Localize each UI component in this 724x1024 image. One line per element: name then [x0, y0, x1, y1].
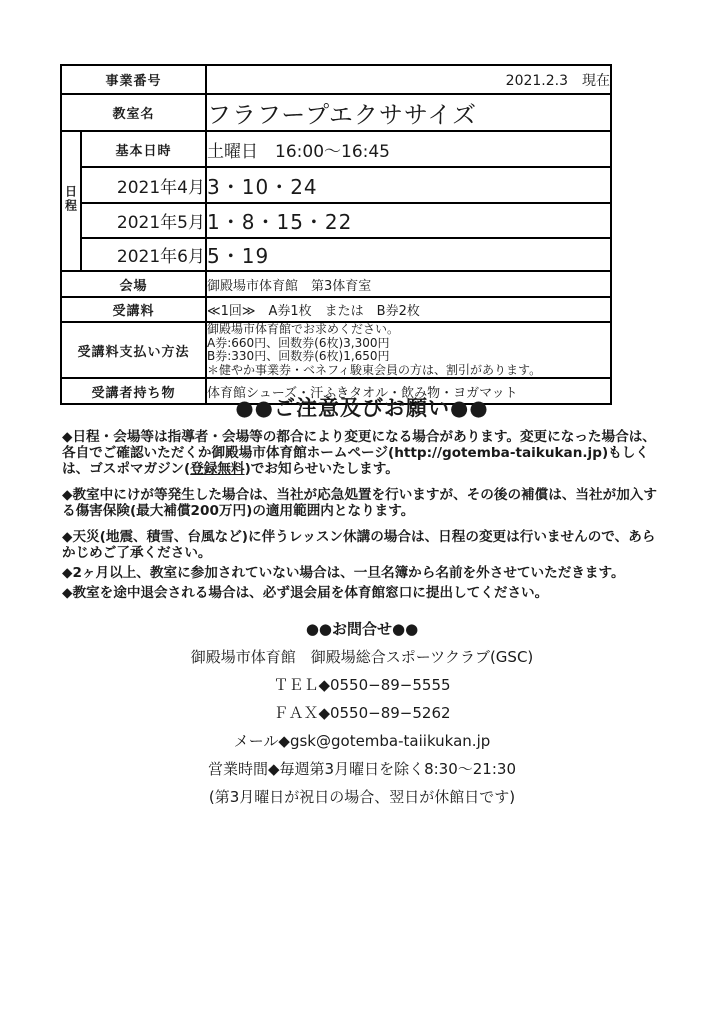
row-may: 2021年5月 1・8・15・22 [61, 203, 611, 238]
venue-label: 会場 [61, 271, 206, 297]
class-name-value: フラフープエクササイズ [206, 94, 611, 131]
row-business-number: 事業番号 2021.2.3 現在 [61, 65, 611, 94]
notice-1-text-post: )でお知らせいたします。 [245, 461, 399, 477]
contact-email: メール◆gsk@gotemba-taiikukan.jp [0, 732, 724, 750]
payment-method-label: 受講料支払い方法 [61, 322, 206, 378]
contact-tel: ＴＥＬ◆0550−89−5555 [0, 676, 724, 694]
basic-datetime-value: 土曜日 16:00〜16:45 [206, 131, 611, 167]
contact-holiday-note: (第3月曜日が祝日の場合、翌日が休館日です) [0, 788, 724, 806]
april-dates: 3・10・24 [206, 167, 611, 203]
notice-item-natural-disaster: ◆天災(地震、積雪、台風など)に伴うレッスン休講の場合は、日程の変更は行いません… [62, 529, 664, 561]
payment-line-3: B券:330円、回数券(6枚)1,650円 [207, 350, 610, 364]
contact-section: ●●お問合せ●● 御殿場市体育館 御殿場総合スポーツクラブ(GSC) ＴＥＬ◆0… [0, 620, 724, 816]
april-label: 2021年4月 [81, 167, 206, 203]
notice-item-schedule-change: ◆日程・会場等は指導者・会場等の都合により変更になる場合があります。変更になった… [62, 429, 664, 477]
class-info-table: 事業番号 2021.2.3 現在 教室名 フラフープエクササイズ 日程 基本日時… [60, 64, 612, 405]
row-june: 2021年6月 5・19 [61, 238, 611, 271]
payment-method-value: 御殿場市体育館でお求めください。 A券:660円、回数券(6枚)3,300円 B… [206, 322, 611, 378]
row-basic-datetime: 日程 基本日時 土曜日 16:00〜16:45 [61, 131, 611, 167]
payment-line-2: A券:660円、回数券(6枚)3,300円 [207, 337, 610, 351]
payment-line-1: 御殿場市体育館でお求めください。 [207, 323, 610, 337]
contact-fax: ＦＡＸ◆0550−89−5262 [0, 704, 724, 722]
contact-heading: ●●お問合せ●● [0, 620, 724, 638]
contact-business-hours: 営業時間◆毎週第3月曜日を除く8:30〜21:30 [0, 760, 724, 778]
basic-datetime-label: 基本日時 [81, 131, 206, 167]
june-label: 2021年6月 [81, 238, 206, 271]
class-name-label: 教室名 [61, 94, 206, 131]
row-payment-method: 受講料支払い方法 御殿場市体育館でお求めください。 A券:660円、回数券(6枚… [61, 322, 611, 378]
document-page: 事業番号 2021.2.3 現在 教室名 フラフープエクササイズ 日程 基本日時… [0, 0, 724, 1024]
may-dates: 1・8・15・22 [206, 203, 611, 238]
row-class-name: 教室名 フラフープエクササイズ [61, 94, 611, 131]
row-april: 2021年4月 3・10・24 [61, 167, 611, 203]
updated-date: 2021.2.3 現在 [206, 65, 611, 94]
june-dates: 5・19 [206, 238, 611, 271]
notice-1-underlined-text: 登録無料 [190, 461, 244, 477]
fee-value: ≪1回≫ A券1枚 または B券2枚 [206, 297, 611, 322]
payment-line-4: ＊健やか事業券・ベネフィ駿東会員の方は、割引があります。 [207, 364, 610, 378]
notice-list: ◆日程・会場等は指導者・会場等の都合により変更になる場合があります。変更になった… [62, 429, 664, 611]
row-venue: 会場 御殿場市体育館 第3体育室 [61, 271, 611, 297]
notice-item-absence: ◆2ヶ月以上、教室に参加されていない場合は、一旦名簿から名前を外させていただきま… [62, 565, 664, 581]
may-label: 2021年5月 [81, 203, 206, 238]
fee-label: 受講料 [61, 297, 206, 322]
schedule-group-label: 日程 [63, 185, 80, 213]
business-number-label: 事業番号 [61, 65, 206, 94]
schedule-group-cell: 日程 [61, 131, 81, 271]
row-fee: 受講料 ≪1回≫ A券1枚 または B券2枚 [61, 297, 611, 322]
notice-item-injury-insurance: ◆教室中にけが等発生した場合は、当社が応急処置を行いますが、その後の補償は、当社… [62, 487, 664, 519]
contact-organization: 御殿場市体育館 御殿場総合スポーツクラブ(GSC) [0, 648, 724, 666]
venue-value: 御殿場市体育館 第3体育室 [206, 271, 611, 297]
notice-item-withdrawal: ◆教室を途中退会される場合は、必ず退会届を体育館窓口に提出してください。 [62, 585, 664, 601]
notice-heading: ●●ご注意及びお願い●● [0, 392, 724, 422]
